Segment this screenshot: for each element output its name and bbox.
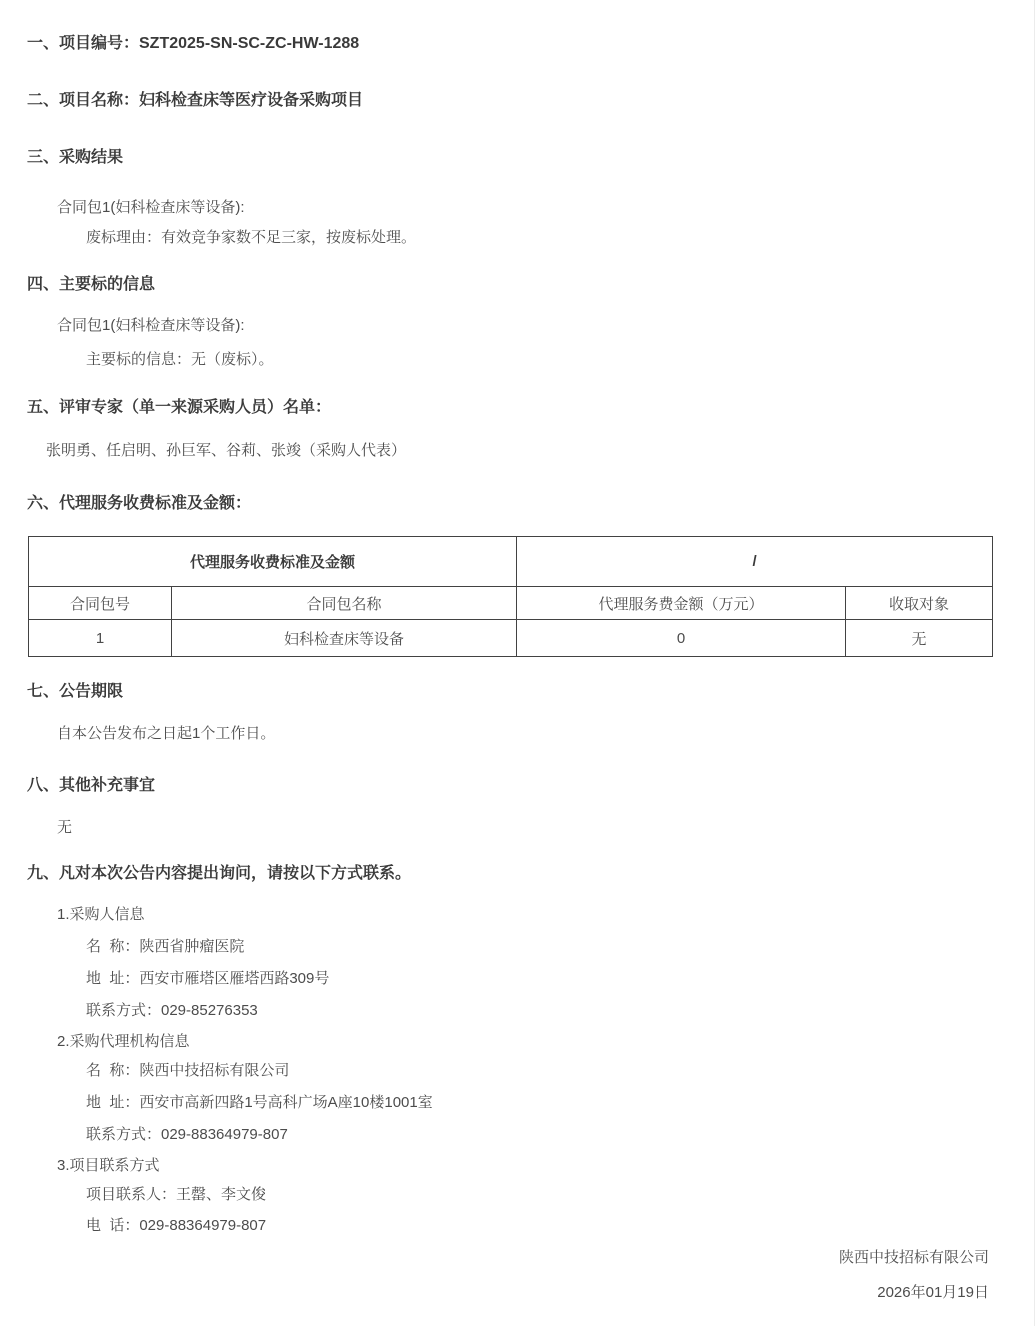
- table-merged-header-row: 代理服务收费标准及金额 /: [29, 537, 993, 587]
- cell-charged-party: 无: [846, 620, 993, 657]
- cell-fee-amount: 0: [517, 620, 846, 657]
- footer-company: 陕西中技招标有限公司: [27, 1247, 989, 1268]
- table-merged-header-left: 代理服务收费标准及金额: [29, 537, 517, 587]
- section-contact-heading: 九、凡对本次公告内容提出询问，请按以下方式联系。: [27, 863, 989, 884]
- agency-address: 地 址：西安市高新四路1号高科广场A座10楼1001室: [86, 1092, 989, 1113]
- table-col-charged-party: 收取对象: [846, 587, 993, 620]
- agency-fee-table: 代理服务收费标准及金额 / 合同包号 合同包名称 代理服务费金额（万元） 收取对…: [28, 536, 993, 657]
- agency-name: 名 称：陕西中技招标有限公司: [86, 1060, 989, 1081]
- table-merged-header-right: /: [517, 537, 993, 587]
- section-main-subject-heading: 四、主要标的信息: [27, 274, 989, 295]
- main-subject-package: 合同包1(妇科检查床等设备):: [57, 315, 989, 336]
- project-contact-phone: 电 话：029-88364979-807: [86, 1215, 989, 1236]
- section-other-matters-heading: 八、其他补充事宜: [27, 775, 989, 796]
- table-col-package-name: 合同包名称: [172, 587, 517, 620]
- table-col-package-no: 合同包号: [29, 587, 172, 620]
- procurement-result-reason: 废标理由：有效竞争家数不足三家，按废标处理。: [86, 227, 989, 248]
- document-body: 一、项目编号：SZT2025-SN-SC-ZC-HW-1288 二、项目名称：妇…: [0, 0, 1034, 1303]
- section-project-number: 一、项目编号：SZT2025-SN-SC-ZC-HW-1288: [27, 33, 989, 54]
- section-experts-heading: 五、评审专家（单一来源采购人员）名单：: [27, 397, 989, 418]
- notice-period-content: 自本公告发布之日起1个工作日。: [57, 723, 989, 744]
- purchaser-name: 名 称：陕西省肿瘤医院: [86, 936, 989, 957]
- table-col-fee-amount: 代理服务费金额（万元）: [517, 587, 846, 620]
- table-row: 1 妇科检查床等设备 0 无: [29, 620, 993, 657]
- main-subject-info: 主要标的信息：无（废标）。: [86, 349, 989, 370]
- table-column-header-row: 合同包号 合同包名称 代理服务费金额（万元） 收取对象: [29, 587, 993, 620]
- project-contact-title: 3.项目联系方式: [57, 1155, 989, 1176]
- experts-names: 张明勇、任启明、孙巨军、谷莉、张竣（采购人代表）: [46, 440, 989, 461]
- agency-phone: 联系方式：029-88364979-807: [86, 1124, 989, 1145]
- purchaser-address: 地 址：西安市雁塔区雁塔西路309号: [86, 968, 989, 989]
- section-procurement-result-heading: 三、采购结果: [27, 147, 989, 168]
- section-notice-period-heading: 七、公告期限: [27, 681, 989, 702]
- other-matters-content: 无: [57, 817, 989, 838]
- procurement-result-package: 合同包1(妇科检查床等设备):: [57, 197, 989, 218]
- cell-package-name: 妇科检查床等设备: [172, 620, 517, 657]
- purchaser-phone: 联系方式：029-85276353: [86, 1000, 989, 1021]
- cell-package-no: 1: [29, 620, 172, 657]
- agency-info-title: 2.采购代理机构信息: [57, 1031, 989, 1052]
- section-agency-fee-heading: 六、代理服务收费标准及金额：: [27, 493, 989, 514]
- project-contact-person: 项目联系人：王罄、李文俊: [86, 1184, 989, 1205]
- footer-date: 2026年01月19日: [27, 1282, 989, 1303]
- section-project-name: 二、项目名称：妇科检查床等医疗设备采购项目: [27, 90, 989, 111]
- announcement-page: { "sections": { "project_number": { "tex…: [0, 0, 1035, 1326]
- purchaser-info-title: 1.采购人信息: [57, 904, 989, 925]
